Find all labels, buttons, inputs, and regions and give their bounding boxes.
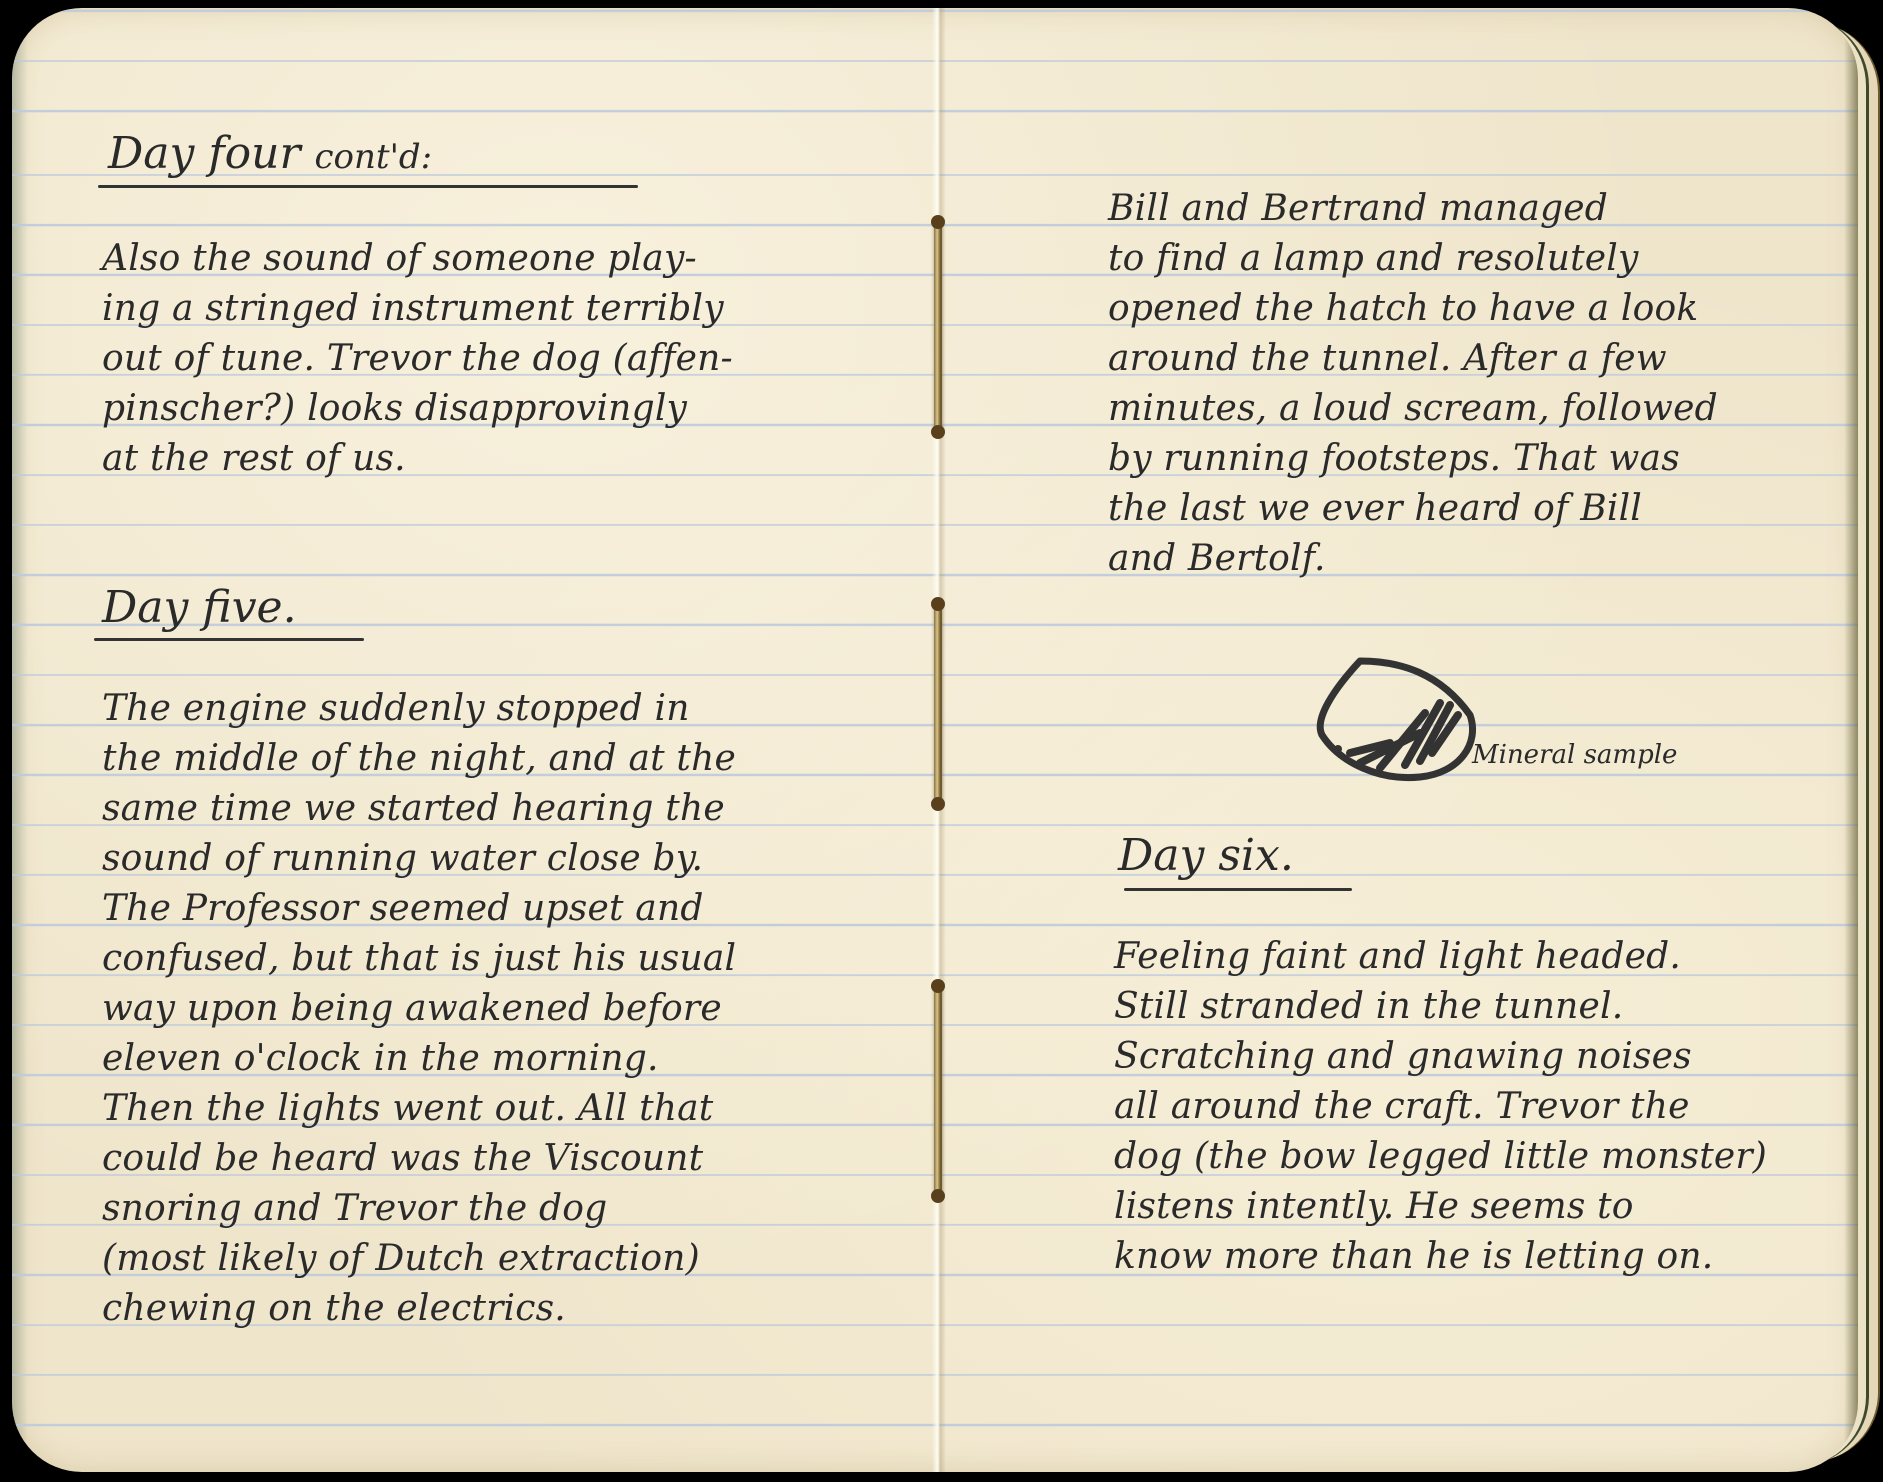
text-line: listens intently. He seems to (1114, 1182, 1767, 1232)
entry-continued-text: Bill and Bertrand managed to find a lamp… (1108, 184, 1718, 584)
entry-day-four-text: Also the sound of someone play- ing a st… (102, 234, 733, 484)
text-line: pinscher?) looks disapprovingly (102, 384, 733, 434)
text-line: the last we ever heard of Bill (1108, 484, 1718, 534)
heading-day-five: Day five. (102, 582, 297, 633)
mineral-sample-sketch-icon (1310, 653, 1480, 783)
sketch-caption: Mineral sample (1472, 740, 1677, 770)
text-line: (most likely of Dutch extraction) (102, 1234, 736, 1284)
text-line: same time we started hearing the (102, 784, 736, 834)
binding-stitch-top (934, 222, 942, 432)
entry-day-six-text: Feeling faint and light headed. Still st… (1114, 932, 1767, 1282)
text-line: Still stranded in the tunnel. (1114, 982, 1767, 1032)
text-line: know more than he is letting on. (1114, 1232, 1767, 1282)
text-line: snoring and Trevor the dog (102, 1184, 736, 1234)
text-line: opened the hatch to have a look (1108, 284, 1718, 334)
heading-day-four-suffix: cont'd: (315, 137, 433, 177)
text-line: confused, but that is just his usual (102, 934, 736, 984)
text-line: the middle of the night, and at the (102, 734, 736, 784)
text-line: ing a stringed instrument terribly (102, 284, 733, 334)
text-line: sound of running water close by. (102, 834, 736, 884)
text-line: Feeling faint and light headed. (1114, 932, 1767, 982)
heading-day-five-underline (94, 638, 364, 641)
text-line: Bill and Bertrand managed (1108, 184, 1718, 234)
text-line: dog (the bow legged little monster) (1114, 1132, 1767, 1182)
text-line: around the tunnel. After a few (1108, 334, 1718, 384)
text-line: out of tune. Trevor the dog (affen- (102, 334, 733, 384)
text-line: minutes, a loud scream, followed (1108, 384, 1718, 434)
text-line: The engine suddenly stopped in (102, 684, 736, 734)
text-line: to find a lamp and resolutely (1108, 234, 1718, 284)
text-line: Also the sound of someone play- (102, 234, 733, 284)
heading-day-four-underline (98, 185, 638, 188)
text-line: The Professor seemed upset and (102, 884, 736, 934)
text-line: could be heard was the Viscount (102, 1134, 736, 1184)
text-line: at the rest of us. (102, 434, 733, 484)
text-line: Scratching and gnawing noises (1114, 1032, 1767, 1082)
heading-day-four: Day four cont'd: (108, 128, 432, 179)
text-line: by running footsteps. That was (1108, 434, 1718, 484)
text-line: Then the lights went out. All that (102, 1084, 736, 1134)
heading-day-four-main: Day four (108, 128, 301, 179)
binding-stitch-bottom (934, 986, 942, 1196)
text-line: and Bertolf. (1108, 534, 1718, 584)
text-line: eleven o'clock in the morning. (102, 1034, 736, 1084)
binding-stitch-middle (934, 604, 942, 804)
heading-day-six-underline (1124, 888, 1352, 891)
entry-day-five-text: The engine suddenly stopped in the middl… (102, 684, 736, 1334)
text-line: all around the craft. Trevor the (1114, 1082, 1767, 1132)
text-line: way upon being awakened before (102, 984, 736, 1034)
heading-day-six: Day six. (1118, 830, 1294, 881)
text-line: chewing on the electrics. (102, 1284, 736, 1334)
notebook-spread: Day four cont'd: Also the sound of someo… (12, 8, 1858, 1472)
